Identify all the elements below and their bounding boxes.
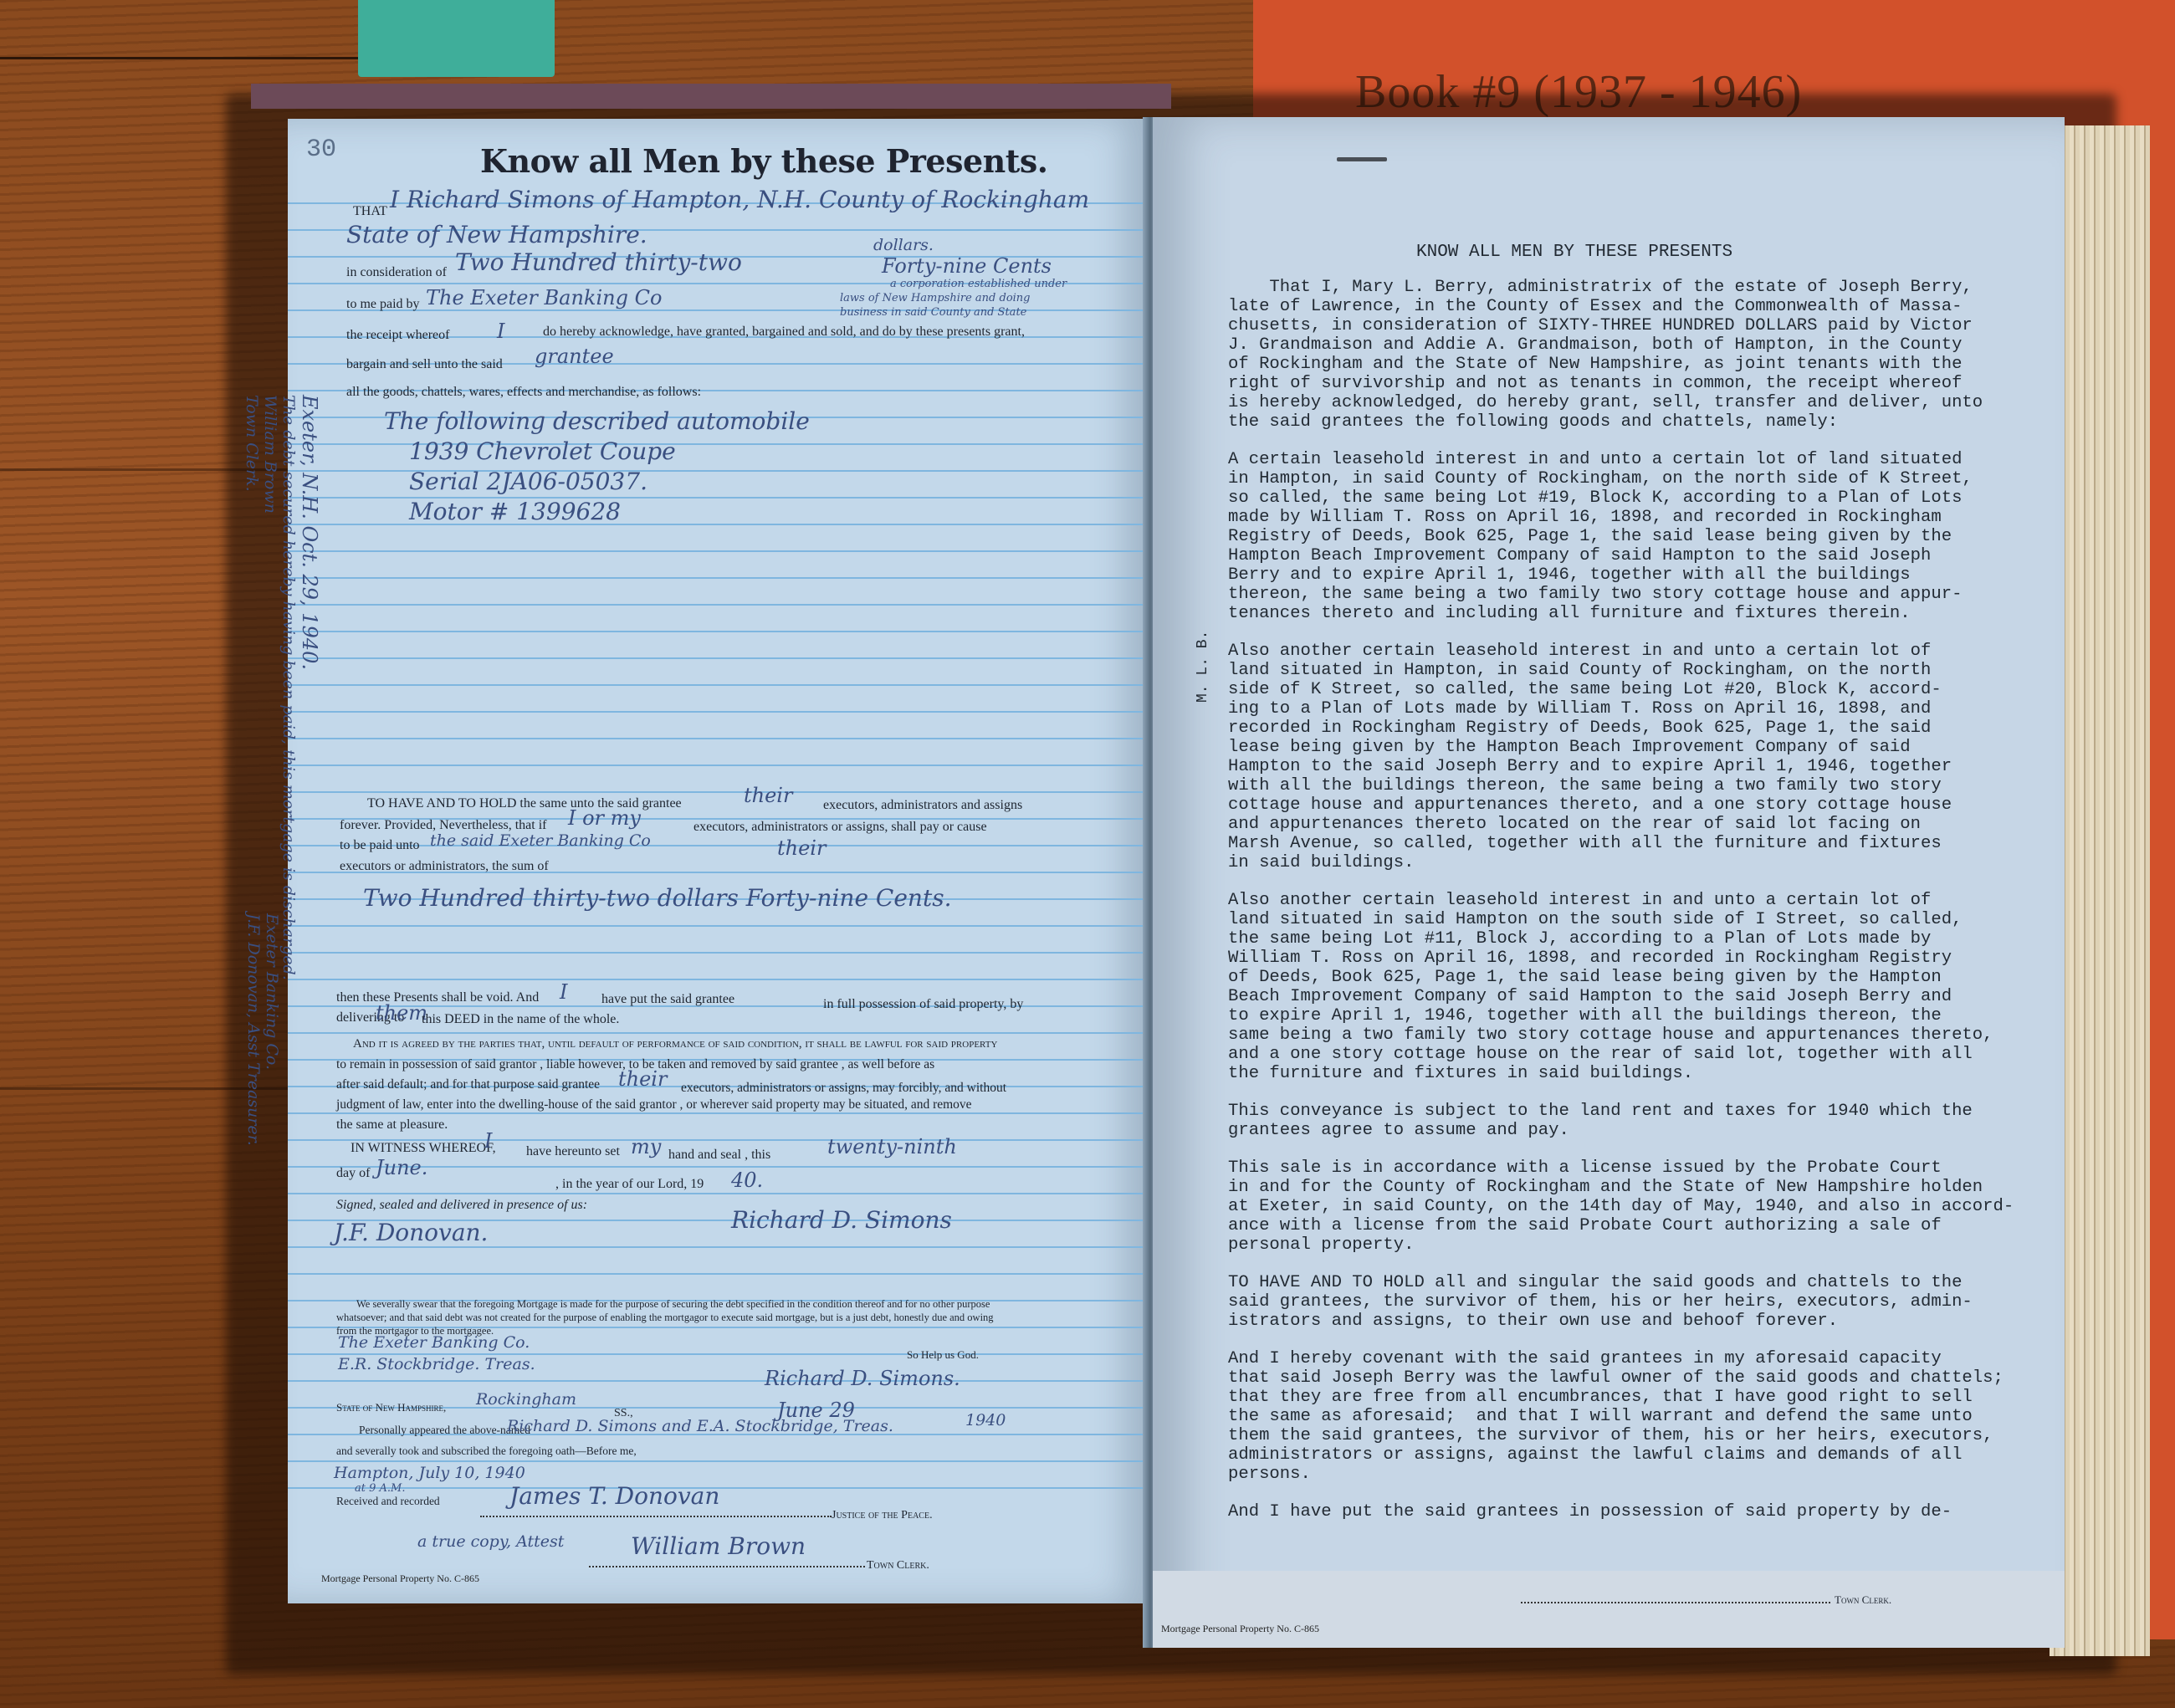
deed-line: side of K Street, so called, the same be… [1228,680,2065,699]
witness-line-1c: hand and seal , this [668,1148,770,1163]
deed-line: in said buildings. [1228,853,2065,872]
witness-hand-month: June. [376,1156,427,1179]
deed-line: Berry and to expire April 1, 1946, toget… [1228,565,2065,585]
agreed-line-5: the same at pleasure. [336,1117,448,1133]
deed-line: persons. [1228,1465,2065,1484]
deed-line: same being a two family two story cottag… [1228,1025,2065,1045]
deed-paragraph: This sale is in accordance with a licens… [1228,1158,2065,1255]
deed-line: the same as aforesaid; and that I will w… [1228,1407,2065,1426]
habendum-line-4: executors or administrators, the sum of [340,859,549,874]
discharge-note-line: The debt secured hereby having been paid… [279,395,298,980]
receipt-text: do hereby acknowledge, have granted, bar… [543,325,1025,340]
deed-line: and appurtenances thereto located on the… [1228,815,2065,834]
deed-line: recorded in Rockingham Registry of Deeds… [1228,718,2065,738]
deed-line: of Deeds, Book 625, Page 1, the said lea… [1228,968,2065,987]
consideration-amount: Two Hundred thirty-two [455,248,742,276]
deed-title: KNOW ALL MEN BY THESE PRESENTS [1416,243,1732,262]
deed-line: chusetts, in consideration of SIXTY-THRE… [1228,316,2065,335]
green-bookmark-tab [358,0,555,77]
deed-paragraph: And I have put the said grantees in poss… [1228,1502,2065,1521]
deed-line: Also another certain leasehold interest … [1228,891,2065,910]
discharge-note-line: Exeter, N.H. Oct. 29, 1940. [298,395,321,980]
deed-line: the furniture and fixtures in said build… [1228,1064,2065,1083]
deed-paragraph: And I hereby covenant with the said gran… [1228,1349,2065,1484]
witness-hand-day: twenty-ninth [827,1135,957,1158]
habendum-hand-3: the said Exeter Banking Co [430,831,651,850]
witness-hand-i: I [484,1129,492,1153]
void-line-1b: have put the said grantee [601,992,734,1007]
received-time-hand: at 9 A.M. [355,1482,405,1495]
deed-line: And I hereby covenant with the said gran… [1228,1349,2065,1368]
deed-line: the said grantees the following goods an… [1228,412,2065,432]
oath-line-1: We severally swear that the foregoing Mo… [356,1298,990,1311]
deed-paragraph: Also another certain leasehold interest … [1228,642,2065,872]
deed-paragraph: That I, Mary L. Berry, administratrix of… [1228,278,2065,432]
witness-hand-year: 40. [731,1168,763,1192]
deed-line: William T. Ross on April 16, 1898, and r… [1228,949,2065,968]
void-hand-2: them [376,1001,427,1025]
justice-signature-line [480,1516,832,1517]
deed-body: That I, Mary L. Berry, administratrix of… [1228,278,2065,1540]
grantor-hand-line-2: State of New Hampshire. [346,221,647,248]
clerk-label: Town Clerk. [1835,1593,1891,1607]
witness-line-2b: , in the year of our Lord, 19 [555,1177,704,1192]
goods-line: The following described automobile [384,407,810,435]
form-number: Mortgage Personal Property No. C-865 [1161,1623,1319,1635]
deed-line: at Exeter, in said County, on the 14th d… [1228,1197,2065,1216]
witness-signature: J.F. Donovan. [334,1219,488,1246]
deed-line: tenances thereto and including all furni… [1228,604,2065,623]
witness-line-2: day of [336,1166,370,1181]
deed-line: with all the buildings thereon, the same… [1228,776,2065,795]
deed-line: ance with a license from the said Probat… [1228,1216,2065,1235]
oath-line-4: So Help us God. [907,1348,979,1362]
deed-line: Marsh Avenue, so called, together with a… [1228,834,2065,853]
deed-line: is hereby acknowledged, do hereby grant,… [1228,393,2065,412]
paid-by-note-1: a corporation established under [890,278,1067,290]
signed-label: Signed, sealed and delivered in presence… [336,1198,587,1213]
margin-initials: M. L. B. [1195,631,1211,703]
deed-line: personal property. [1228,1235,2065,1255]
deed-line: Hampton to the said Joseph Berry and to … [1228,757,2065,776]
deed-line: That I, Mary L. Berry, administratrix of… [1228,278,2065,297]
habendum-hand-1: their [744,784,792,807]
discharge-note-line: Town Clerk. [243,395,261,980]
deed-line: grantees agree to assume and pay. [1228,1121,2065,1140]
deed-line: thereon, the same being a two family two… [1228,585,2065,604]
agreed-line-3: after said default; and for that purpose… [336,1077,600,1092]
oath-year-hand: 1940 [965,1411,1006,1429]
deed-line: that said Joseph Berry was the lawful ow… [1228,1368,2065,1388]
page-bottom-band [1153,1571,2065,1648]
deed-line: This sale is in accordance with a licens… [1228,1158,2065,1178]
receipt-label: the receipt whereof [346,328,449,343]
deed-line: land situated in Hampton, in said County… [1228,661,2065,680]
clerk-signature: William Brown [631,1532,806,1560]
paid-by-hand: The Exeter Banking Co [426,286,662,309]
agreed-line-4: judgment of law, enter into the dwelling… [336,1097,972,1112]
habendum-hand-2: I or my [568,806,641,830]
oath-line-2: whatsoever; and that said debt was not c… [336,1312,994,1324]
sum-hand: Two Hundred thirty-two dollars Forty-nin… [363,884,951,912]
deed-line: of Rockingham and the State of New Hamps… [1228,355,2065,374]
book-cover-edge [251,84,1171,109]
habendum-line-2b: executors, administrators or assigns, sh… [693,820,987,835]
clerk-label: Town Clerk. [867,1559,929,1572]
discharge-note-line: Exeter Banking Co. [263,913,281,1146]
habendum-line-1b: executors, administrators and assigns [823,798,1022,813]
bargain-hand: grantee [535,345,614,368]
page-title: Know all Men by these Presents. [480,142,1047,180]
goods-line: 1939 Chevrolet Coupe [409,437,676,465]
deed-line: and a one story cottage house on the rea… [1228,1045,2065,1064]
form-number: Mortgage Personal Property No. C-865 [321,1572,479,1585]
habendum-line-3: to be paid unto [340,838,420,853]
deed-line: said grantees, the survivor of them, his… [1228,1292,2065,1312]
deed-line: them the said grantees, the survivor of … [1228,1426,2065,1445]
deed-line: ing to a Plan of Lots made by William T.… [1228,699,2065,718]
void-line-1: then these Presents shall be void. And [336,990,539,1005]
justice-signature: James T. Donovan [509,1482,719,1510]
deed-line: Registry of Deeds, Book 625, Page 1, the… [1228,527,2065,546]
deed-line: in and for the County of Rockingham and … [1228,1178,2065,1197]
deed-line: lease being given by the Hampton Beach I… [1228,738,2065,757]
deed-line: the same being Lot #11, Block J, accordi… [1228,929,2065,949]
grantor-signature: Richard D. Simons [731,1206,952,1234]
deed-line: Hampton Beach Improvement Company of sai… [1228,546,2065,565]
deed-line: istrators and assigns, to their own use … [1228,1312,2065,1331]
deed-line: Also another certain leasehold interest … [1228,642,2065,661]
consideration-cents: Forty-nine Cents [882,254,1052,278]
receipt-hand: I [497,320,504,343]
agreed-line-1: And it is agreed by the parties that, un… [353,1037,997,1051]
mortgagee-signature-2: E.R. Stockbridge. Treas. [338,1355,535,1373]
goods-label: all the goods, chattels, wares, effects … [346,385,701,400]
deed-paragraph: Also another certain leasehold interest … [1228,891,2065,1083]
staple [1337,157,1387,161]
deed-line: administrators or assigns, against the l… [1228,1445,2065,1465]
deed-paragraph: TO HAVE AND TO HOLD all and singular the… [1228,1273,2065,1331]
deed-paragraph: This conveyance is subject to the land r… [1228,1102,2065,1140]
clerk-signature-line [1521,1602,1830,1603]
oath-before: and severally took and subscribed the fo… [336,1445,637,1458]
consideration-label: in consideration of [346,265,447,280]
discharge-signature: Exeter Banking Co. J.F. Donovan, Asst Tr… [244,913,281,1146]
left-page: 30 Know all Men by these Presents. THAT … [288,119,1149,1603]
justice-label: Justice of the Peace. [832,1509,933,1522]
agreed-hand-3: their [618,1067,667,1091]
clerk-signature-line [589,1566,865,1567]
deed-line: TO HAVE AND TO HOLD all and singular the… [1228,1273,2065,1292]
received-date-hand: Hampton, July 10, 1940 [334,1464,525,1482]
habendum-hand-3b: their [777,836,826,860]
witness-line-1b: have hereunto set [526,1144,620,1159]
deed-line: to expire April 1, 1946, together with a… [1228,1006,2065,1025]
paid-by-note-2: laws of New Hampshire and doing [840,292,1031,304]
void-line-2b: this DEED in the name of the whole. [422,1012,619,1027]
deed-line: land situated in said Hampton on the sou… [1228,910,2065,929]
mortgagee-signature-1: The Exeter Banking Co. [338,1333,530,1352]
oath-signature: Richard D. Simons. [765,1367,960,1390]
state-label: State of New Hampshire, [336,1401,446,1414]
paid-by-note-3: business in said County and State [840,306,1026,319]
appeared-hand: Richard D. Simons and E.A. Stockbridge, … [507,1417,893,1435]
witness-label: IN WITNESS WHEREOF, [351,1141,496,1156]
discharge-note-line: J.F. Donovan, Asst Treasurer. [244,913,263,1146]
deed-line: This conveyance is subject to the land r… [1228,1102,2065,1121]
right-page: M. L. B. KNOW ALL MEN BY THESE PRESENTS … [1153,117,2065,1648]
that-label: THAT [353,204,387,219]
page-number: 30 [306,136,336,164]
deed-line: late of Lawrence, in the County of Essex… [1228,297,2065,316]
table-board-seam [0,57,368,59]
witness-hand-my: my [631,1135,661,1158]
goods-line: Motor # 1399628 [409,498,621,525]
true-copy-hand: a true copy, Attest [417,1532,564,1551]
bargain-label: bargain and sell unto the said [346,357,503,372]
appeared-label: Personally appeared the above-named [359,1424,530,1437]
agreed-line-3b: executors, administrators or assigns, ma… [681,1081,1006,1096]
deed-paragraph: A certain leasehold interest in and unto… [1228,450,2065,623]
discharge-note-line: William Brown [261,395,279,980]
received-label: Received and recorded [336,1495,440,1508]
deed-line: And I have put the said grantees in poss… [1228,1502,2065,1521]
deed-line: Beach Improvement Company of said Hampto… [1228,987,2065,1006]
deed-line: so called, the same being Lot #19, Block… [1228,488,2065,508]
consideration-dollars: dollars. [873,236,934,254]
void-line-1c: in full possession of said property, by [823,997,1023,1012]
deed-line: made by William T. Ross on April 16, 189… [1228,508,2065,527]
void-hand-1: I [560,980,567,1004]
deed-line: that they are free from all encumbrances… [1228,1388,2065,1407]
grantor-hand-line-1: I Richard Simons of Hampton, N.H. County… [390,186,1089,213]
deed-line: A certain leasehold interest in and unto… [1228,450,2065,469]
deed-line: cottage house and appurtenances thereto,… [1228,795,2065,815]
deed-line: J. Grandmaison and Addie A. Grandmaison,… [1228,335,2065,355]
discharge-note: Exeter, N.H. Oct. 29, 1940. The debt sec… [243,395,321,980]
paid-by-label: to me paid by [346,297,420,312]
deed-line: right of survivorship and not as tenants… [1228,374,2065,393]
goods-line: Serial 2JA06-05037. [409,468,647,495]
deed-line: in Hampton, in said County of Rockingham… [1228,469,2065,488]
page-stack-edges [2050,125,2150,1656]
county-hand: Rockingham [476,1390,576,1409]
